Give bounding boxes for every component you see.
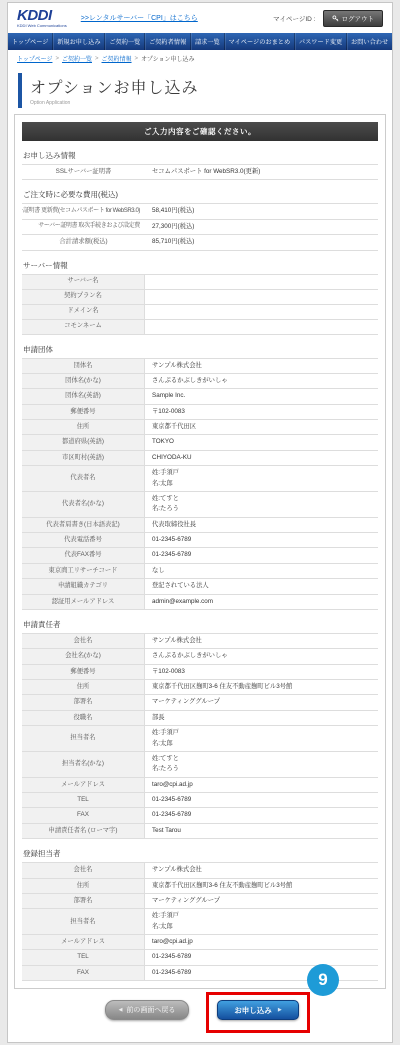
- row-value: 27,300円(税込): [145, 220, 378, 234]
- row-value: 登記されている法人: [145, 579, 378, 593]
- table-row: 会社名サンプル株式会社: [22, 863, 378, 878]
- row-label: 団体名(英語): [22, 389, 145, 403]
- row-label: TEL: [22, 793, 145, 807]
- table-row: 代表者肩書き(日本語表記)代表取締役社長: [22, 518, 378, 533]
- section-heading: ご注文時に必要な費用(税込): [23, 189, 377, 200]
- nav-item[interactable]: 新規お申し込み: [53, 33, 105, 50]
- key-icon: [332, 15, 339, 22]
- row-value: admin@example.com: [145, 595, 378, 609]
- row-label: 住所: [22, 420, 145, 434]
- row-label: 代表者名(かな): [22, 492, 145, 517]
- row-value: taro@cpi.ad.jp: [145, 935, 378, 949]
- section-heading: 申請責任者: [23, 619, 377, 630]
- row-value: マーケティンググループ: [145, 894, 378, 908]
- row-value: CHIYODA-KU: [145, 451, 378, 465]
- row-value: 〒102-0083: [145, 405, 378, 419]
- table-row: 東京商工リサーチコードなし: [22, 564, 378, 579]
- section-heading: 申請団体: [23, 344, 377, 355]
- breadcrumb-separator: >: [55, 56, 59, 62]
- apply-button-label: お申し込み: [234, 1005, 272, 1016]
- row-label: 部署名: [22, 695, 145, 709]
- table-row: 担当者名姓:手須戸 名:太郎: [22, 726, 378, 752]
- forward-arrow-icon: ▶: [278, 1007, 282, 1013]
- row-label: SSLサーバー証明書: [22, 165, 145, 179]
- row-label: 認証用メールアドレス: [22, 595, 145, 609]
- table-row: 団体名(かな)さんぷるかぶしきがいしゃ: [22, 374, 378, 389]
- section-table: サーバー名契約プラン名ドメイン名コモンネーム: [22, 274, 378, 335]
- row-value: 01-2345-6789: [145, 966, 378, 980]
- table-row: 住所東京都千代田区麹町3-6 住友不動産麹町ビル3号館: [22, 680, 378, 695]
- section-table: 団体名サンプル株式会社団体名(かな)さんぷるかぶしきがいしゃ団体名(英語)Sam…: [22, 358, 378, 610]
- confirm-message-bar: ご入力内容をご確認ください。: [22, 122, 378, 141]
- row-label: 郵便番号: [22, 665, 145, 679]
- table-row: 代表者名(かな)姓:てすと 名:たろう: [22, 492, 378, 518]
- row-value: 東京都千代田区: [145, 420, 378, 434]
- row-value: さんぷるかぶしきがいしゃ: [145, 649, 378, 663]
- row-label: 会社名: [22, 634, 145, 648]
- row-value: 姓:てすと 名:たろう: [145, 752, 378, 777]
- row-value: セコムパスポート for WebSR3.0(更新): [145, 165, 378, 179]
- table-row: 契約プラン名: [22, 290, 378, 305]
- section-table: 会社名サンプル株式会社会社名(かな)さんぷるかぶしきがいしゃ郵便番号〒102-0…: [22, 633, 378, 839]
- row-label: 合計請求額(税込): [22, 235, 145, 249]
- row-value: サンプル株式会社: [145, 634, 378, 648]
- back-arrow-icon: ◀: [119, 1007, 123, 1013]
- cpi-server-link[interactable]: >>レンタルサーバー「CPI」はこちら: [81, 13, 198, 23]
- row-label: 郵便番号: [22, 405, 145, 419]
- row-label: メールアドレス: [22, 778, 145, 792]
- row-value: さんぷるかぶしきがいしゃ: [145, 374, 378, 388]
- row-value: 〒102-0083: [145, 665, 378, 679]
- table-row: 部署名マーケティンググループ: [22, 695, 378, 710]
- breadcrumb-separator: >: [135, 56, 139, 62]
- row-label: 住所: [22, 680, 145, 694]
- table-row: 認証用メールアドレスadmin@example.com: [22, 595, 378, 610]
- page-title: オプションお申し込み: [30, 75, 382, 98]
- row-value: 姓:手須戸 名:太郎: [145, 909, 378, 934]
- table-row: 住所東京都千代田区麹町3-6 住友不動産麹町ビル3号館: [22, 879, 378, 894]
- row-value: 東京都千代田区麹町3-6 住友不動産麹町ビル3号館: [145, 879, 378, 893]
- table-row: 役職名部長: [22, 711, 378, 726]
- header: KDDI KDDI Web Communications >>レンタルサーバー「…: [8, 3, 392, 33]
- breadcrumb-link[interactable]: ご契約一覧: [62, 54, 92, 63]
- kddi-logo-subtext: KDDI Web Communications: [17, 24, 67, 28]
- logout-button[interactable]: ログアウト: [323, 10, 384, 27]
- table-row: 住所東京都千代田区: [22, 420, 378, 435]
- table-row: 代表FAX番号01-2345-6789: [22, 548, 378, 563]
- row-label: サーバー名: [22, 275, 145, 289]
- row-label: 代表者肩書き(日本語表記): [22, 518, 145, 532]
- table-row: 団体名(英語)Sample Inc.: [22, 389, 378, 404]
- table-row: TEL01-2345-6789: [22, 793, 378, 808]
- row-value: 姓:てすと 名:たろう: [145, 492, 378, 517]
- row-value: サンプル株式会社: [145, 863, 378, 877]
- section-heading: お申し込み情報: [23, 150, 377, 161]
- table-row: 代表電話番号01-2345-6789: [22, 533, 378, 548]
- page-title-block: オプションお申し込み Option Application: [18, 73, 382, 108]
- row-label: FAX: [22, 966, 145, 980]
- row-label: 代表電話番号: [22, 533, 145, 547]
- page-subtitle: Option Application: [30, 100, 382, 106]
- row-label: 担当者名(かな): [22, 752, 145, 777]
- section-heading: サーバー情報: [23, 260, 377, 271]
- row-label: 住所: [22, 879, 145, 893]
- row-label: 部署名: [22, 894, 145, 908]
- row-label: 契約プラン名: [22, 290, 145, 304]
- row-label: コモンネーム: [22, 320, 145, 334]
- table-row: 部署名マーケティンググループ: [22, 894, 378, 909]
- row-value: [145, 305, 378, 319]
- table-row: メールアドレスtaro@cpi.ad.jp: [22, 935, 378, 950]
- row-value: 01-2345-6789: [145, 533, 378, 547]
- row-value: サンプル株式会社: [145, 359, 378, 373]
- apply-button[interactable]: お申し込み ▶: [217, 1000, 299, 1020]
- nav-item[interactable]: トップページ: [8, 33, 53, 50]
- row-value: 58,410円(税込): [145, 204, 378, 218]
- table-row: 都道府県(英語)TOKYO: [22, 435, 378, 450]
- row-label: 会社名: [22, 863, 145, 877]
- nav-item[interactable]: ご契約一覧: [105, 33, 145, 50]
- row-label: 団体名(かな): [22, 374, 145, 388]
- row-label: 代表者名: [22, 466, 145, 491]
- nav-item[interactable]: お問い合わせ: [347, 33, 392, 50]
- content-box: ご入力内容をご確認ください。 お申し込み情報SSLサーバー証明書セコムパスポート…: [14, 114, 386, 989]
- kddi-logo: KDDI KDDI Web Communications: [17, 8, 67, 28]
- row-label: 市区町村(英語): [22, 451, 145, 465]
- footer-buttons: ◀ 前の画面へ戻る 9 お申し込み ▶: [8, 992, 392, 1038]
- row-value: [145, 275, 378, 289]
- row-value: Sample Inc.: [145, 389, 378, 403]
- row-label: 代表FAX番号: [22, 548, 145, 562]
- sections: お申し込み情報SSLサーバー証明書セコムパスポート for WebSR3.0(更…: [22, 150, 378, 981]
- row-value: taro@cpi.ad.jp: [145, 778, 378, 792]
- row-value: 部長: [145, 711, 378, 725]
- breadcrumb-separator: >: [95, 56, 99, 62]
- table-row: 担当者名姓:手須戸 名:太郎: [22, 909, 378, 935]
- back-button[interactable]: ◀ 前の画面へ戻る: [105, 1000, 189, 1020]
- table-row: 会社名サンプル株式会社: [22, 634, 378, 649]
- table-row: 市区町村(英語)CHIYODA-KU: [22, 451, 378, 466]
- table-row: 合計請求額(税込)85,710円(税込): [22, 235, 378, 250]
- row-value: 01-2345-6789: [145, 808, 378, 822]
- row-label: 都道府県(英語): [22, 435, 145, 449]
- row-value: 代表取締役社長: [145, 518, 378, 532]
- row-value: 01-2345-6789: [145, 548, 378, 562]
- row-label: 団体名: [22, 359, 145, 373]
- row-value: マーケティンググループ: [145, 695, 378, 709]
- row-value: 85,710円(税込): [145, 235, 378, 249]
- nav-item[interactable]: ご契約者情報: [145, 33, 191, 50]
- annotation-badge-9: 9: [307, 964, 339, 996]
- row-value: Test Tarou: [145, 824, 378, 838]
- breadcrumb-link[interactable]: ご契約情報: [102, 54, 132, 63]
- table-row: 会社名(かな)さんぷるかぶしきがいしゃ: [22, 649, 378, 664]
- table-row: コモンネーム: [22, 320, 378, 335]
- breadcrumb-link[interactable]: トップページ: [17, 54, 52, 63]
- row-label: 申請組織カテゴリ: [22, 579, 145, 593]
- row-label: 東京商工リサーチコード: [22, 564, 145, 578]
- back-button-label: 前の画面へ戻る: [126, 1005, 175, 1015]
- row-label: ドメイン名: [22, 305, 145, 319]
- table-row: 担当者名(かな)姓:てすと 名:たろう: [22, 752, 378, 778]
- logout-label: ログアウト: [342, 14, 375, 23]
- row-label: 役職名: [22, 711, 145, 725]
- annotation-highlight-box: 9 お申し込み ▶: [206, 992, 310, 1033]
- row-value: 姓:手須戸 名:太郎: [145, 726, 378, 751]
- row-label: 会社名(かな): [22, 649, 145, 663]
- row-value: 姓:手須戸 名:太郎: [145, 466, 378, 491]
- row-label: サーバー証明書 取次手続きおよび設定費: [22, 220, 145, 234]
- row-label: 担当者名: [22, 726, 145, 751]
- breadcrumb: トップページ>ご契約一覧>ご契約情報>オプション申し込み: [8, 50, 392, 66]
- nav-item[interactable]: マイページのおまとめ: [225, 33, 295, 50]
- mypage-id-label: マイページID :: [273, 14, 315, 23]
- row-label: メールアドレス: [22, 935, 145, 949]
- table-row: 申請責任者名 (ローマ字)Test Tarou: [22, 824, 378, 839]
- table-row: 代表者名姓:手須戸 名:太郎: [22, 466, 378, 492]
- row-value: [145, 320, 378, 334]
- page: KDDI KDDI Web Communications >>レンタルサーバー「…: [7, 2, 393, 1043]
- table-row: サーバー名: [22, 275, 378, 290]
- row-value: なし: [145, 564, 378, 578]
- table-row: サーバー証明書 更新費(セコムパスポート for WebSR3.0)58,410…: [22, 204, 378, 219]
- table-row: 団体名サンプル株式会社: [22, 359, 378, 374]
- section-table: サーバー証明書 更新費(セコムパスポート for WebSR3.0)58,410…: [22, 203, 378, 250]
- table-row: 申請組織カテゴリ登記されている法人: [22, 579, 378, 594]
- row-value: [145, 290, 378, 304]
- table-row: FAX01-2345-6789: [22, 808, 378, 823]
- section-table: SSLサーバー証明書セコムパスポート for WebSR3.0(更新): [22, 164, 378, 180]
- row-value: TOKYO: [145, 435, 378, 449]
- section-heading: 登録担当者: [23, 848, 377, 859]
- row-label: TEL: [22, 950, 145, 964]
- kddi-logo-text: KDDI: [17, 8, 67, 23]
- nav-item[interactable]: 請求一覧: [191, 33, 225, 50]
- nav-item[interactable]: パスワード変更: [295, 33, 347, 50]
- nav-bar: トップページ新規お申し込みご契約一覧ご契約者情報請求一覧マイページのおまとめパス…: [8, 33, 392, 50]
- row-label: 申請責任者名 (ローマ字): [22, 824, 145, 838]
- table-row: 郵便番号〒102-0083: [22, 405, 378, 420]
- row-value: 東京都千代田区麹町3-6 住友不動産麹町ビル3号館: [145, 680, 378, 694]
- row-value: 01-2345-6789: [145, 950, 378, 964]
- table-row: ドメイン名: [22, 305, 378, 320]
- row-label: サーバー証明書 更新費(セコムパスポート for WebSR3.0): [22, 204, 145, 218]
- table-row: サーバー証明書 取次手続きおよび設定費27,300円(税込): [22, 220, 378, 235]
- row-value: 01-2345-6789: [145, 793, 378, 807]
- row-label: FAX: [22, 808, 145, 822]
- breadcrumb-current: オプション申し込み: [141, 54, 194, 63]
- table-row: メールアドレスtaro@cpi.ad.jp: [22, 778, 378, 793]
- table-row: SSLサーバー証明書セコムパスポート for WebSR3.0(更新): [22, 165, 378, 180]
- row-label: 担当者名: [22, 909, 145, 934]
- table-row: 郵便番号〒102-0083: [22, 665, 378, 680]
